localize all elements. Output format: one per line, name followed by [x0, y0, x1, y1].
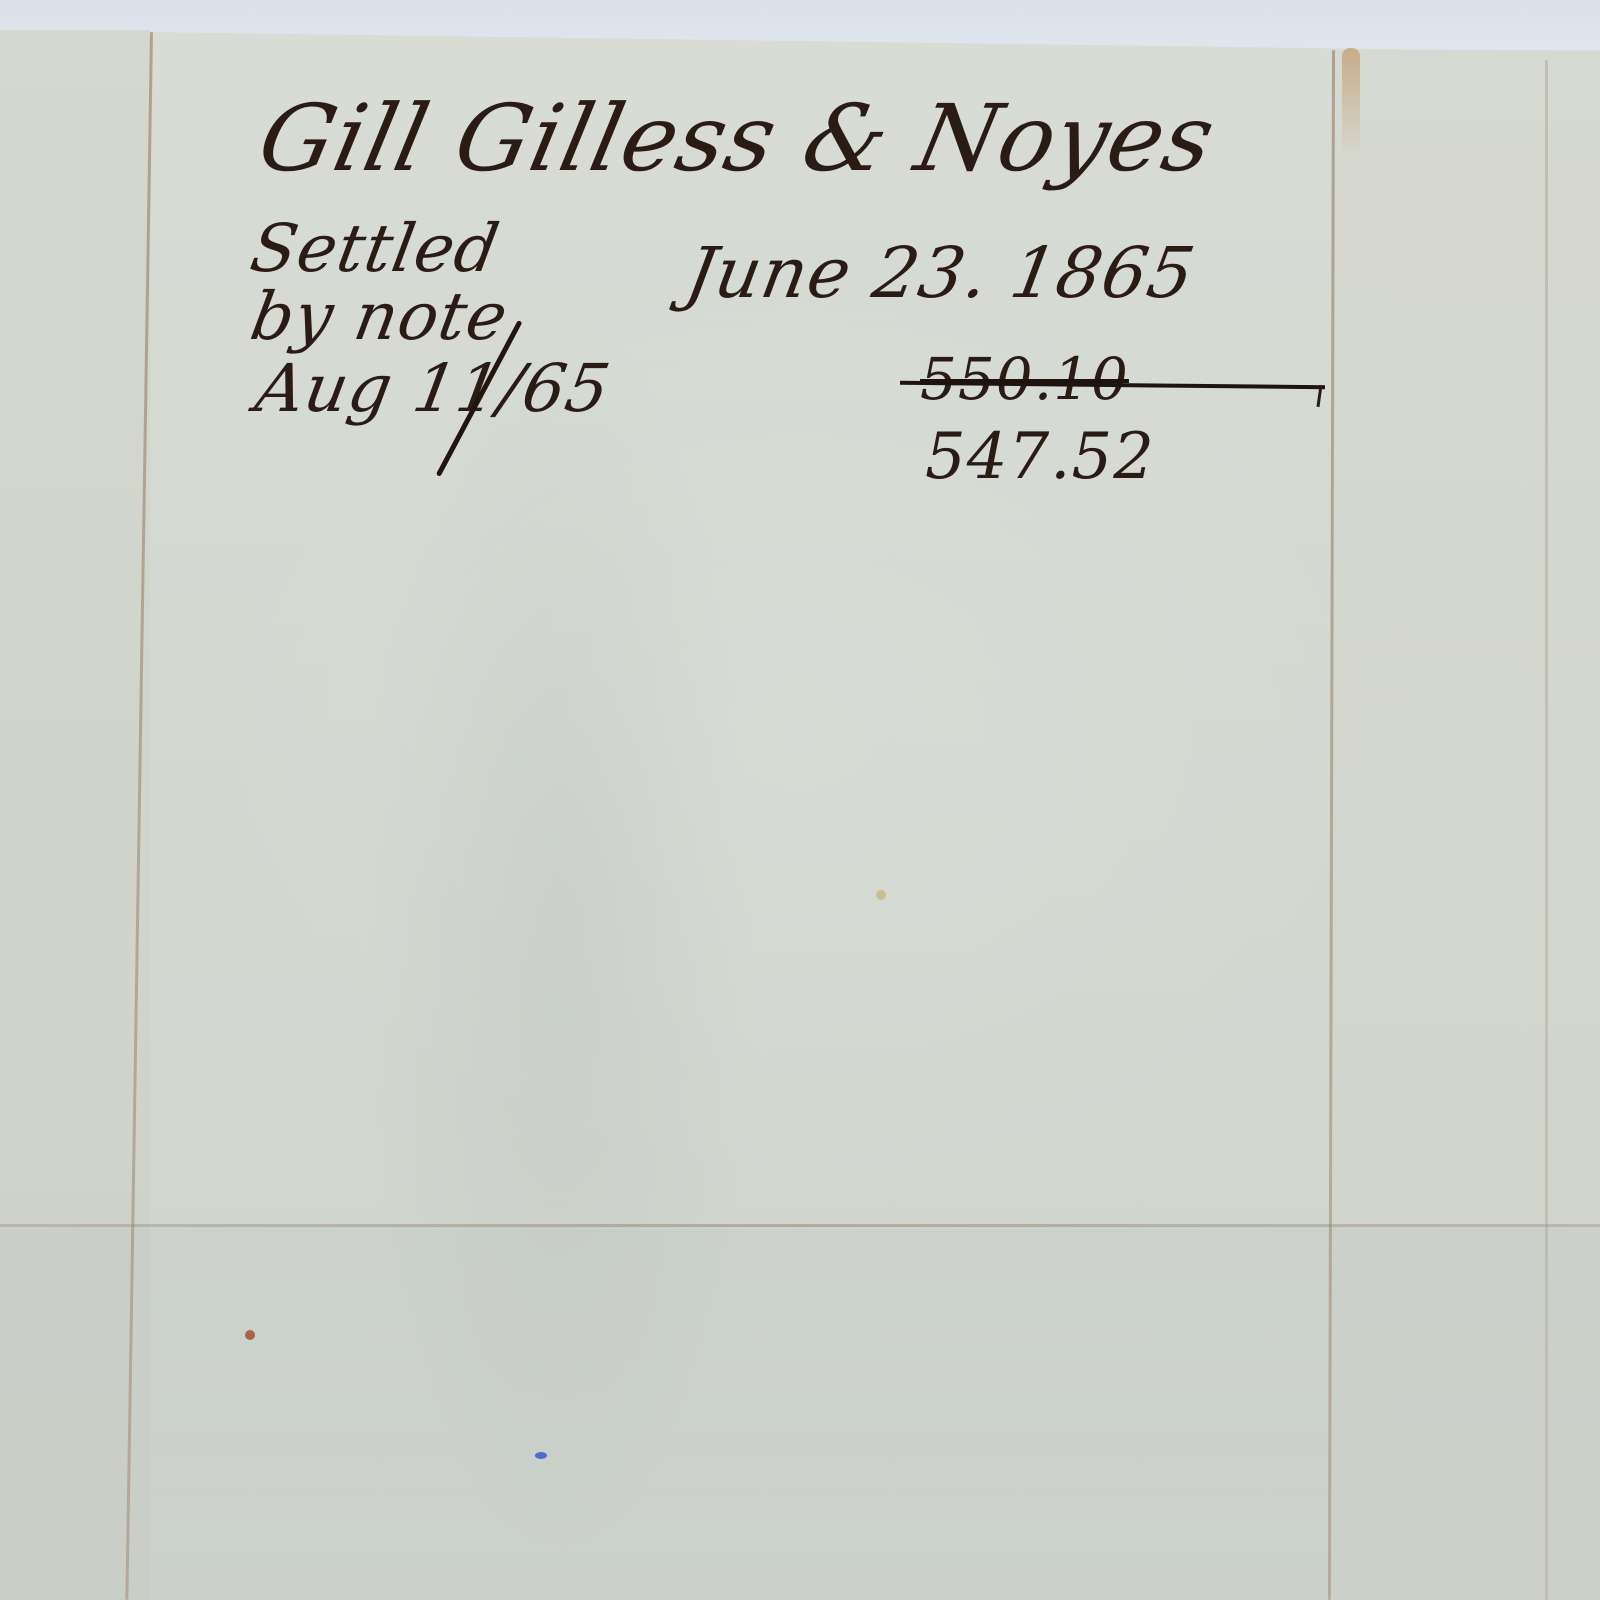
fold-crease-far-right: [1545, 60, 1548, 1600]
water-stain: [1342, 48, 1360, 158]
photo-scene: Gill Gilless & Noyes Settled by note Aug…: [0, 0, 1600, 1600]
rust-spot: [245, 1330, 255, 1340]
struck-amount: 550.10: [920, 345, 1129, 413]
margin-note-settled: Settled: [245, 210, 505, 287]
document-date: June 23. 1865: [680, 232, 1201, 314]
fold-crease-horizontal: [0, 1224, 1600, 1227]
firm-name-heading: Gill Gilless & Noyes: [250, 85, 1224, 192]
blue-ink-spot: [535, 1452, 547, 1459]
foxing-spot: [876, 890, 886, 900]
margin-note-by-note: by note: [245, 278, 514, 355]
bottom-folded-panel: [0, 1226, 1600, 1600]
corrected-amount: 547.52: [925, 420, 1155, 494]
margin-note-settlement-date: Aug 11/65: [250, 350, 616, 427]
